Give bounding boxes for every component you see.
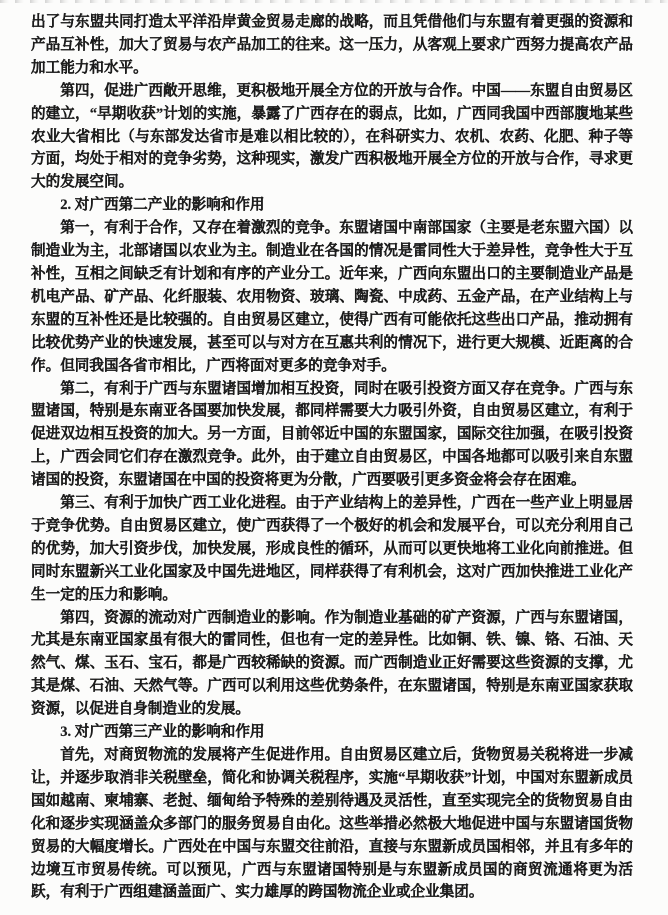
body-text: 出了与东盟共同打造太平洋沿岸黄金贸易走廊的战略，而且凭借他们与东盟有着更强的资源… [31,11,633,904]
paragraph-first-trade-logistics: 首先，对商贸物流的发展将产生促进作用。自由贸易区建立后，货物贸易关税将进一步减让… [31,744,633,904]
paragraph-third-industrialization: 第三、有利于加快广西工业化进程。由于产业结构上的差异性，广西在一些产业上明显居于… [31,492,633,607]
section-heading-tertiary-industry: 3. 对广西第三产业的影响和作用 [31,721,633,744]
scan-noise-artifact [0,0,668,3]
section-heading-secondary-industry: 2. 对广西第二产业的影响和作用 [31,194,633,217]
paragraph-first-cooperation-competition: 第一，有利于合作，又存在着激烈的竞争。东盟诸国中南部国家（主要是老东盟六国）以制… [31,217,633,377]
paragraph-point-four-openness: 第四，促进广西敞开思维，更积极地开展全方位的开放与合作。中国——东盟自由贸易区的… [31,80,633,195]
paragraph-second-mutual-investment: 第二，有利于广西与东盟诸国增加相互投资，同时在吸引投资方面又存在竞争。广西与东盟… [31,378,633,493]
paragraph-continuation: 出了与东盟共同打造太平洋沿岸黄金贸易走廊的战略，而且凭借他们与东盟有着更强的资源… [31,11,633,80]
paragraph-fourth-resource-flow: 第四，资源的流动对广西制造业的影响。作为制造业基础的矿产资源，广西与东盟诸国，尤… [31,607,633,722]
scanned-document-page: 出了与东盟共同打造太平洋沿岸黄金贸易走廊的战略，而且凭借他们与东盟有着更强的资源… [0,0,668,915]
